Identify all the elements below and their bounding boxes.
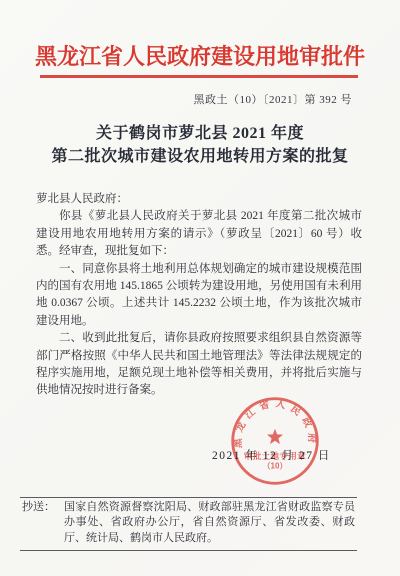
document-title: 关于鹤岗市萝北县 2021 年度 第二批次城市建设农用地转用方案的批复: [0, 122, 400, 168]
official-seal-graphic: 黑龙江省人民政府 审批土地专用章 （10）: [228, 394, 322, 488]
document-title-line1: 关于鹤岗市萝北县 2021 年度: [0, 122, 400, 145]
paragraph-2: 一、同意你县将土地利用总体规划确定的城市建设规模范围内的国有农用地 145.18…: [36, 261, 362, 331]
document-title-line2: 第二批次城市建设农用地转用方案的批复: [0, 145, 400, 168]
salutation: 萝北县人民政府：: [36, 191, 362, 208]
paragraph-1: 你县《萝北县人民政府关于萝北县 2021 年度第二批次城市建设用地农用地转用方案…: [36, 208, 362, 260]
official-seal: 黑龙江省人民政府 审批土地专用章 （10）: [228, 394, 322, 488]
paragraph-3: 二、收到此批复后，请你县政府按照要求组织县自然资源等部门严格按照《中华人民共和国…: [36, 330, 362, 400]
seal-star-icon: [267, 429, 283, 444]
header-divider-line: [40, 75, 358, 78]
cc-section: 抄送： 国家自然资源督察沈阳局、财政部驻黑龙江省财政监察专员办事处、省政府办公厅…: [20, 497, 357, 551]
document-body: 萝北县人民政府： 你县《萝北县人民政府关于萝北县 2021 年度第二批次城市建设…: [36, 191, 362, 400]
cc-content: 国家自然资源督察沈阳局、财政部驻黑龙江省财政监察专员办事处、省政府办公厅，省自然…: [64, 500, 357, 546]
document-date: 2021 年 12 月 27 日: [212, 447, 331, 463]
document-header-title: 黑龙江省人民政府建设用地审批件: [0, 40, 400, 71]
cc-label: 抄送：: [22, 500, 64, 546]
document-number: 黑政土（10）〔2021〕第 392 号: [194, 91, 353, 107]
